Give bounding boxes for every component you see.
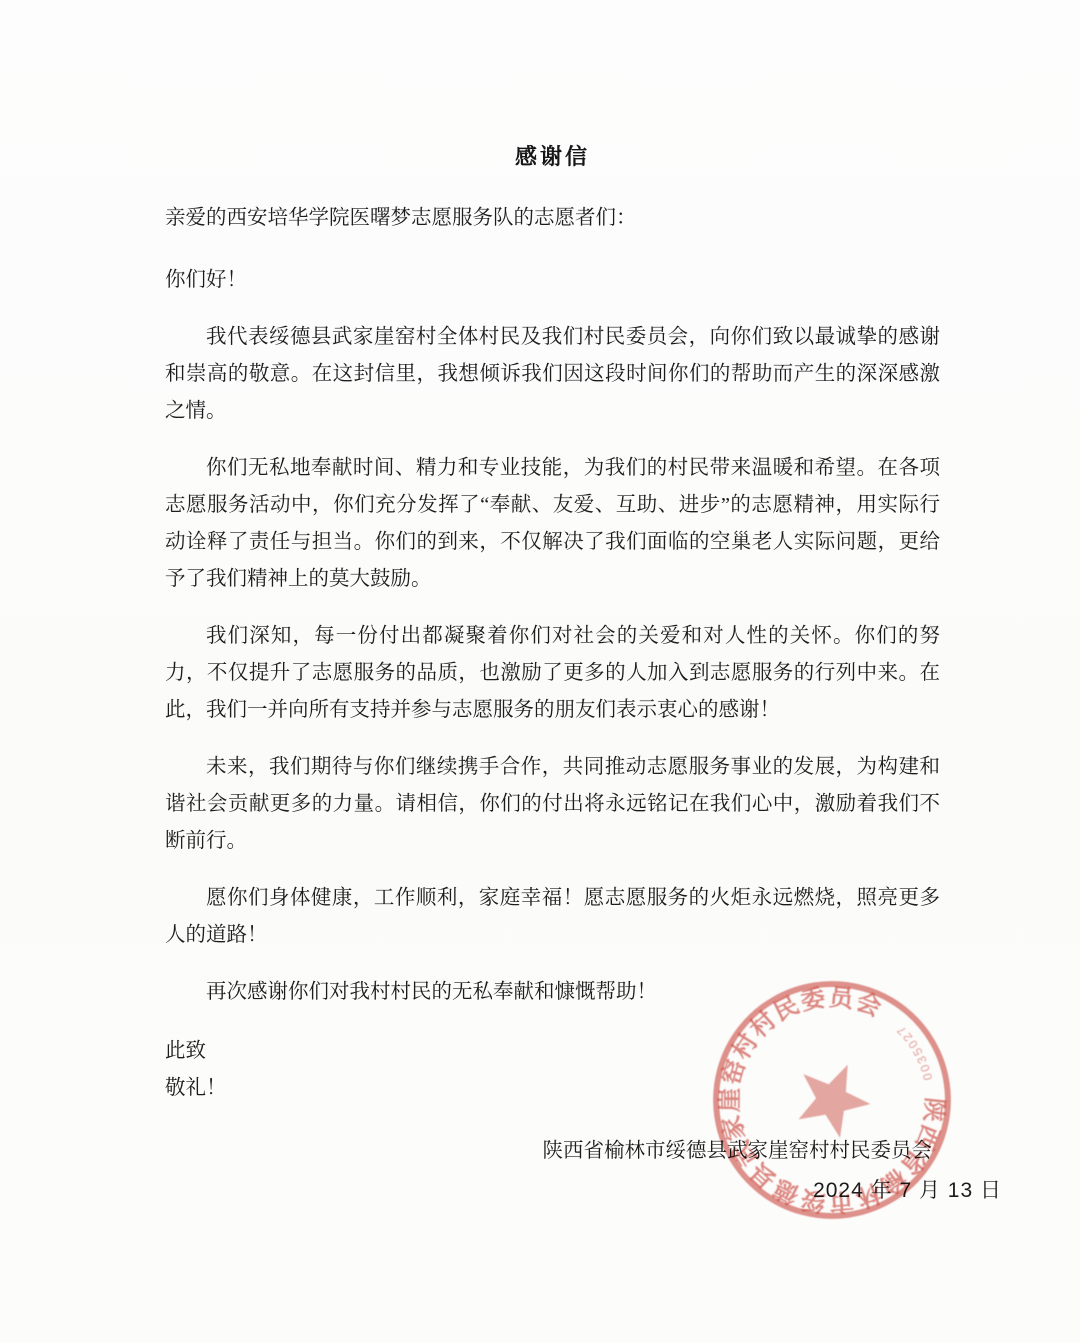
closing: 此致 敬礼！: [165, 1033, 940, 1107]
signature-block: 陕西省榆林市绥德县武家崖窑村村民委员会 2024 年 7 月 13 日: [165, 1131, 940, 1211]
letter-body: 感谢信 亲爱的西安培华学院医曙梦志愿服务队的志愿者们： 你们好！ 我代表绥德县武…: [165, 140, 940, 1211]
letter-title: 感谢信: [165, 140, 940, 174]
paragraph-6: 再次感谢你们对我村村民的无私奉献和慷慨帮助！: [165, 974, 940, 1011]
paragraph-3: 我们深知，每一份付出都凝聚着你们对社会的关爱和对人性的关怀。你们的努力，不仅提升…: [165, 618, 940, 729]
paragraph-1: 我代表绥德县武家崖窑村全体村民及我们村民委员会，向你们致以最诚挚的感谢和崇高的敬…: [165, 319, 940, 430]
salutation: 亲爱的西安培华学院医曙梦志愿服务队的志愿者们：: [165, 200, 940, 237]
closing-respect: 此致: [165, 1033, 940, 1070]
paragraph-4: 未来，我们期待与你们继续携手合作，共同推动志愿服务事业的发展，为构建和谐社会贡献…: [165, 749, 940, 860]
paragraph-5: 愿你们身体健康，工作顺利，家庭幸福！愿志愿服务的火炬永远燃烧，照亮更多人的道路！: [165, 880, 940, 954]
signature-date: 2024 年 7 月 13 日: [165, 1171, 1002, 1211]
closing-salute: 敬礼！: [165, 1070, 940, 1107]
letter-page: 感谢信 亲爱的西安培华学院医曙梦志愿服务队的志愿者们： 你们好！ 我代表绥德县武…: [0, 0, 1080, 1343]
paragraph-2: 你们无私地奉献时间、精力和专业技能，为我们的村民带来温暖和希望。在各项志愿服务活…: [165, 450, 940, 598]
greeting: 你们好！: [165, 262, 940, 299]
signature-organization: 陕西省榆林市绥德县武家崖窑村村民委员会: [165, 1131, 940, 1171]
